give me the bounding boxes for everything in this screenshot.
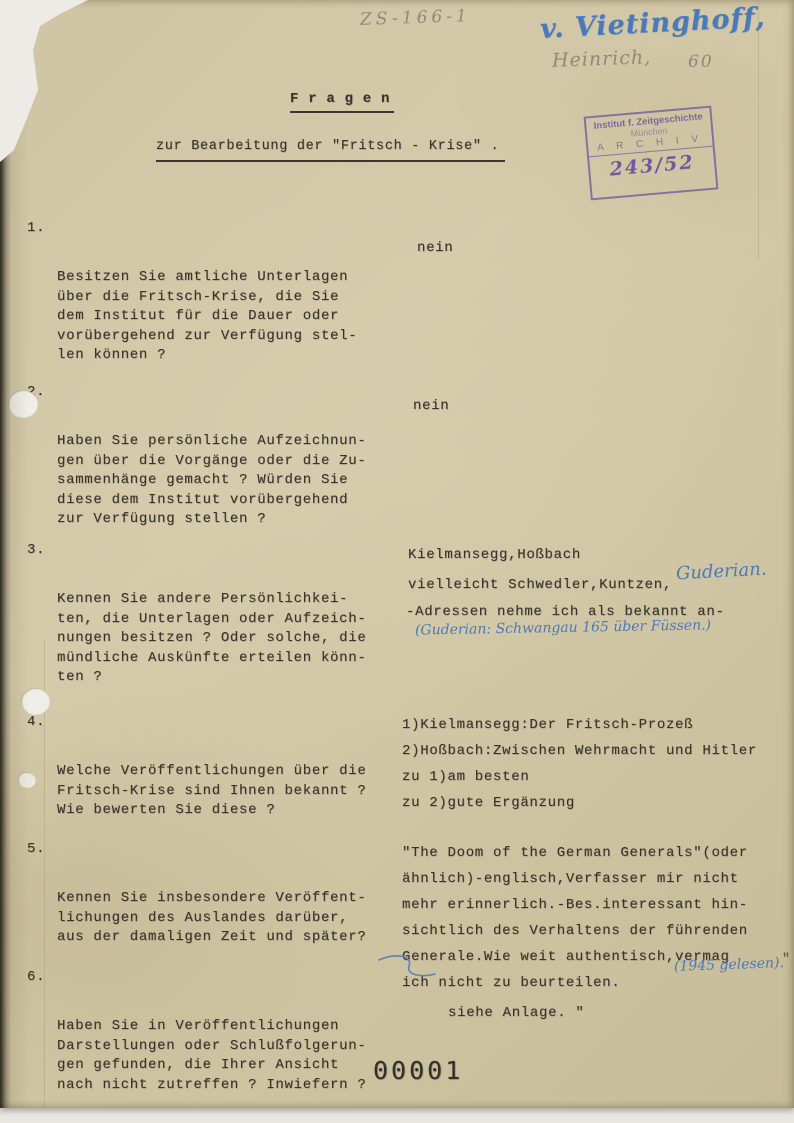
ditto-mark: " (782, 951, 791, 966)
text-line: sichtlich des Verhaltens der führenden (402, 918, 748, 944)
text-line: nach nicht zutreffen ? Inwiefern ? (57, 1076, 427, 1096)
text-line: Haben Sie in Veröffentlichungen (57, 1017, 427, 1037)
page-number-stamp: 00001 (373, 1056, 463, 1085)
text-line: gen gefunden, die Ihrer Ansicht (57, 1056, 427, 1076)
text-line: zur Verfügung stellen ? (57, 510, 427, 530)
question-4-text: Welche Veröffentlichungen über dieFritsc… (57, 762, 427, 821)
text-line: Kielmansegg,Hoßbach (408, 540, 672, 570)
text-line: gen über die Vorgänge oder die Zu- (57, 452, 427, 472)
age-annotation-pencil: 60 (688, 52, 714, 72)
text-line: ten, die Unterlagen oder Aufzeich- (57, 610, 427, 630)
text-line: vielleicht Schwedler,Kuntzen, (408, 570, 672, 600)
text-line: zu 2)gute Ergänzung (402, 790, 757, 816)
question-6-text: Haben Sie in VeröffentlichungenDarstellu… (57, 1017, 427, 1095)
text-line: 1)Kielmansegg:Der Fritsch-Prozeß (402, 712, 757, 738)
text-line: sammenhänge gemacht ? Würden Sie (57, 471, 427, 491)
paper-crease (758, 0, 759, 260)
text-line: nungen besitzen ? Oder solche, die (57, 629, 427, 649)
first-name-annotation-pencil: Heinrich, (552, 46, 652, 71)
text-line: Welche Veröffentlichungen über die (57, 762, 427, 782)
text-line: Fritsch-Krise sind Ihnen bekannt ? (57, 782, 427, 802)
text-line: Wie bewerten Sie diese ? (57, 801, 427, 821)
text-line: mehr erinnerlich.-Bes.interessant hin- (402, 892, 748, 918)
text-line: "The Doom of the German Generals"(oder (402, 840, 748, 866)
name-annotation-blue: v. Vietinghoff, (539, 2, 766, 45)
answer-4: 1)Kielmansegg:Der Fritsch-Prozeß2)Hoßbac… (402, 712, 757, 816)
question-3: 3. Kennen Sie andere Persönlichkei-ten, … (27, 542, 427, 720)
scanned-document: ZS-166-1 v. Vietinghoff, Heinrich, 60 F … (0, 0, 794, 1123)
text-line: ähnlich)-englisch,Verfasser mir nicht (402, 866, 748, 892)
question-3-text: Kennen Sie andere Persönlichkei-ten, die… (57, 590, 427, 688)
text-line: diese dem Institut vorübergehend (57, 491, 427, 511)
answer-6: siehe Anlage. " (448, 1005, 585, 1021)
text-line: mündliche Auskünfte erteilen könn- (57, 649, 427, 669)
text-line: Kennen Sie insbesondere Veröffent- (57, 889, 427, 909)
archive-stamp: Institut f. Zeitgeschichte München A R C… (584, 106, 719, 201)
question-2-text: Haben Sie persönliche Aufzeichnun-gen üb… (57, 432, 427, 530)
question-1: 1. Besitzen Sie amtliche Unterlagenüber … (27, 220, 427, 398)
answer-3-handwritten-name: Guderian. (676, 559, 768, 585)
question-5-text: Kennen Sie insbesondere Veröffent-lichun… (57, 889, 427, 948)
text-line: ten ? (57, 668, 427, 688)
text-line: Besitzen Sie amtliche Unterlagen (57, 268, 427, 288)
question-4: 4. Welche Veröffentlichungen über dieFri… (27, 714, 427, 853)
answer-3-names: Kielmansegg,Hoßbachvielleicht Schwedler,… (408, 540, 672, 600)
text-line: 2)Hoßbach:Zwischen Wehrmacht und Hitler (402, 738, 757, 764)
text-line: dem Institut für die Dauer oder (57, 307, 427, 327)
text-line: Haben Sie persönliche Aufzeichnun- (57, 432, 427, 452)
text-line: zu 1)am besten (402, 764, 757, 790)
paper-sheet: ZS-166-1 v. Vietinghoff, Heinrich, 60 F … (0, 0, 794, 1108)
scan-edge (0, 0, 11, 1108)
blue-pen-bracket-mark (377, 951, 439, 983)
answer-5-handwritten-note: (1945 gelesen). (674, 955, 784, 975)
question-6: 6. Haben Sie in VeröffentlichungenDarste… (27, 969, 427, 1123)
text-line: lichungen des Auslandes darüber, (57, 909, 427, 929)
torn-corner (0, 0, 100, 170)
document-subtitle: zur Bearbeitung der "Fritsch - Krise" . (156, 139, 505, 162)
answer-1: nein (417, 240, 453, 256)
answer-3-handwritten-address: (Guderian: Schwangau 165 über Füssen.) (415, 617, 711, 638)
document-title: F r a g e n (290, 91, 394, 113)
question-5: 5. Kennen Sie insbesondere Veröffent-lic… (27, 841, 427, 980)
text-line: len können ? (57, 346, 427, 366)
question-1-text: Besitzen Sie amtliche Unterlagenüber die… (57, 268, 427, 366)
text-line: über die Fritsch-Krise, die Sie (57, 288, 427, 308)
archive-reference-pencil: ZS-166-1 (360, 6, 471, 30)
question-2: 2. Haben Sie persönliche Aufzeichnun-gen… (27, 384, 427, 562)
answer-2: nein (413, 398, 449, 414)
text-line: Kennen Sie andere Persönlichkei- (57, 590, 427, 610)
text-line: Darstellungen oder Schlußfolgerun- (57, 1037, 427, 1057)
text-line: aus der damaligen Zeit und später? (57, 928, 427, 948)
text-line: vorübergehend zur Verfügung stel- (57, 327, 427, 347)
